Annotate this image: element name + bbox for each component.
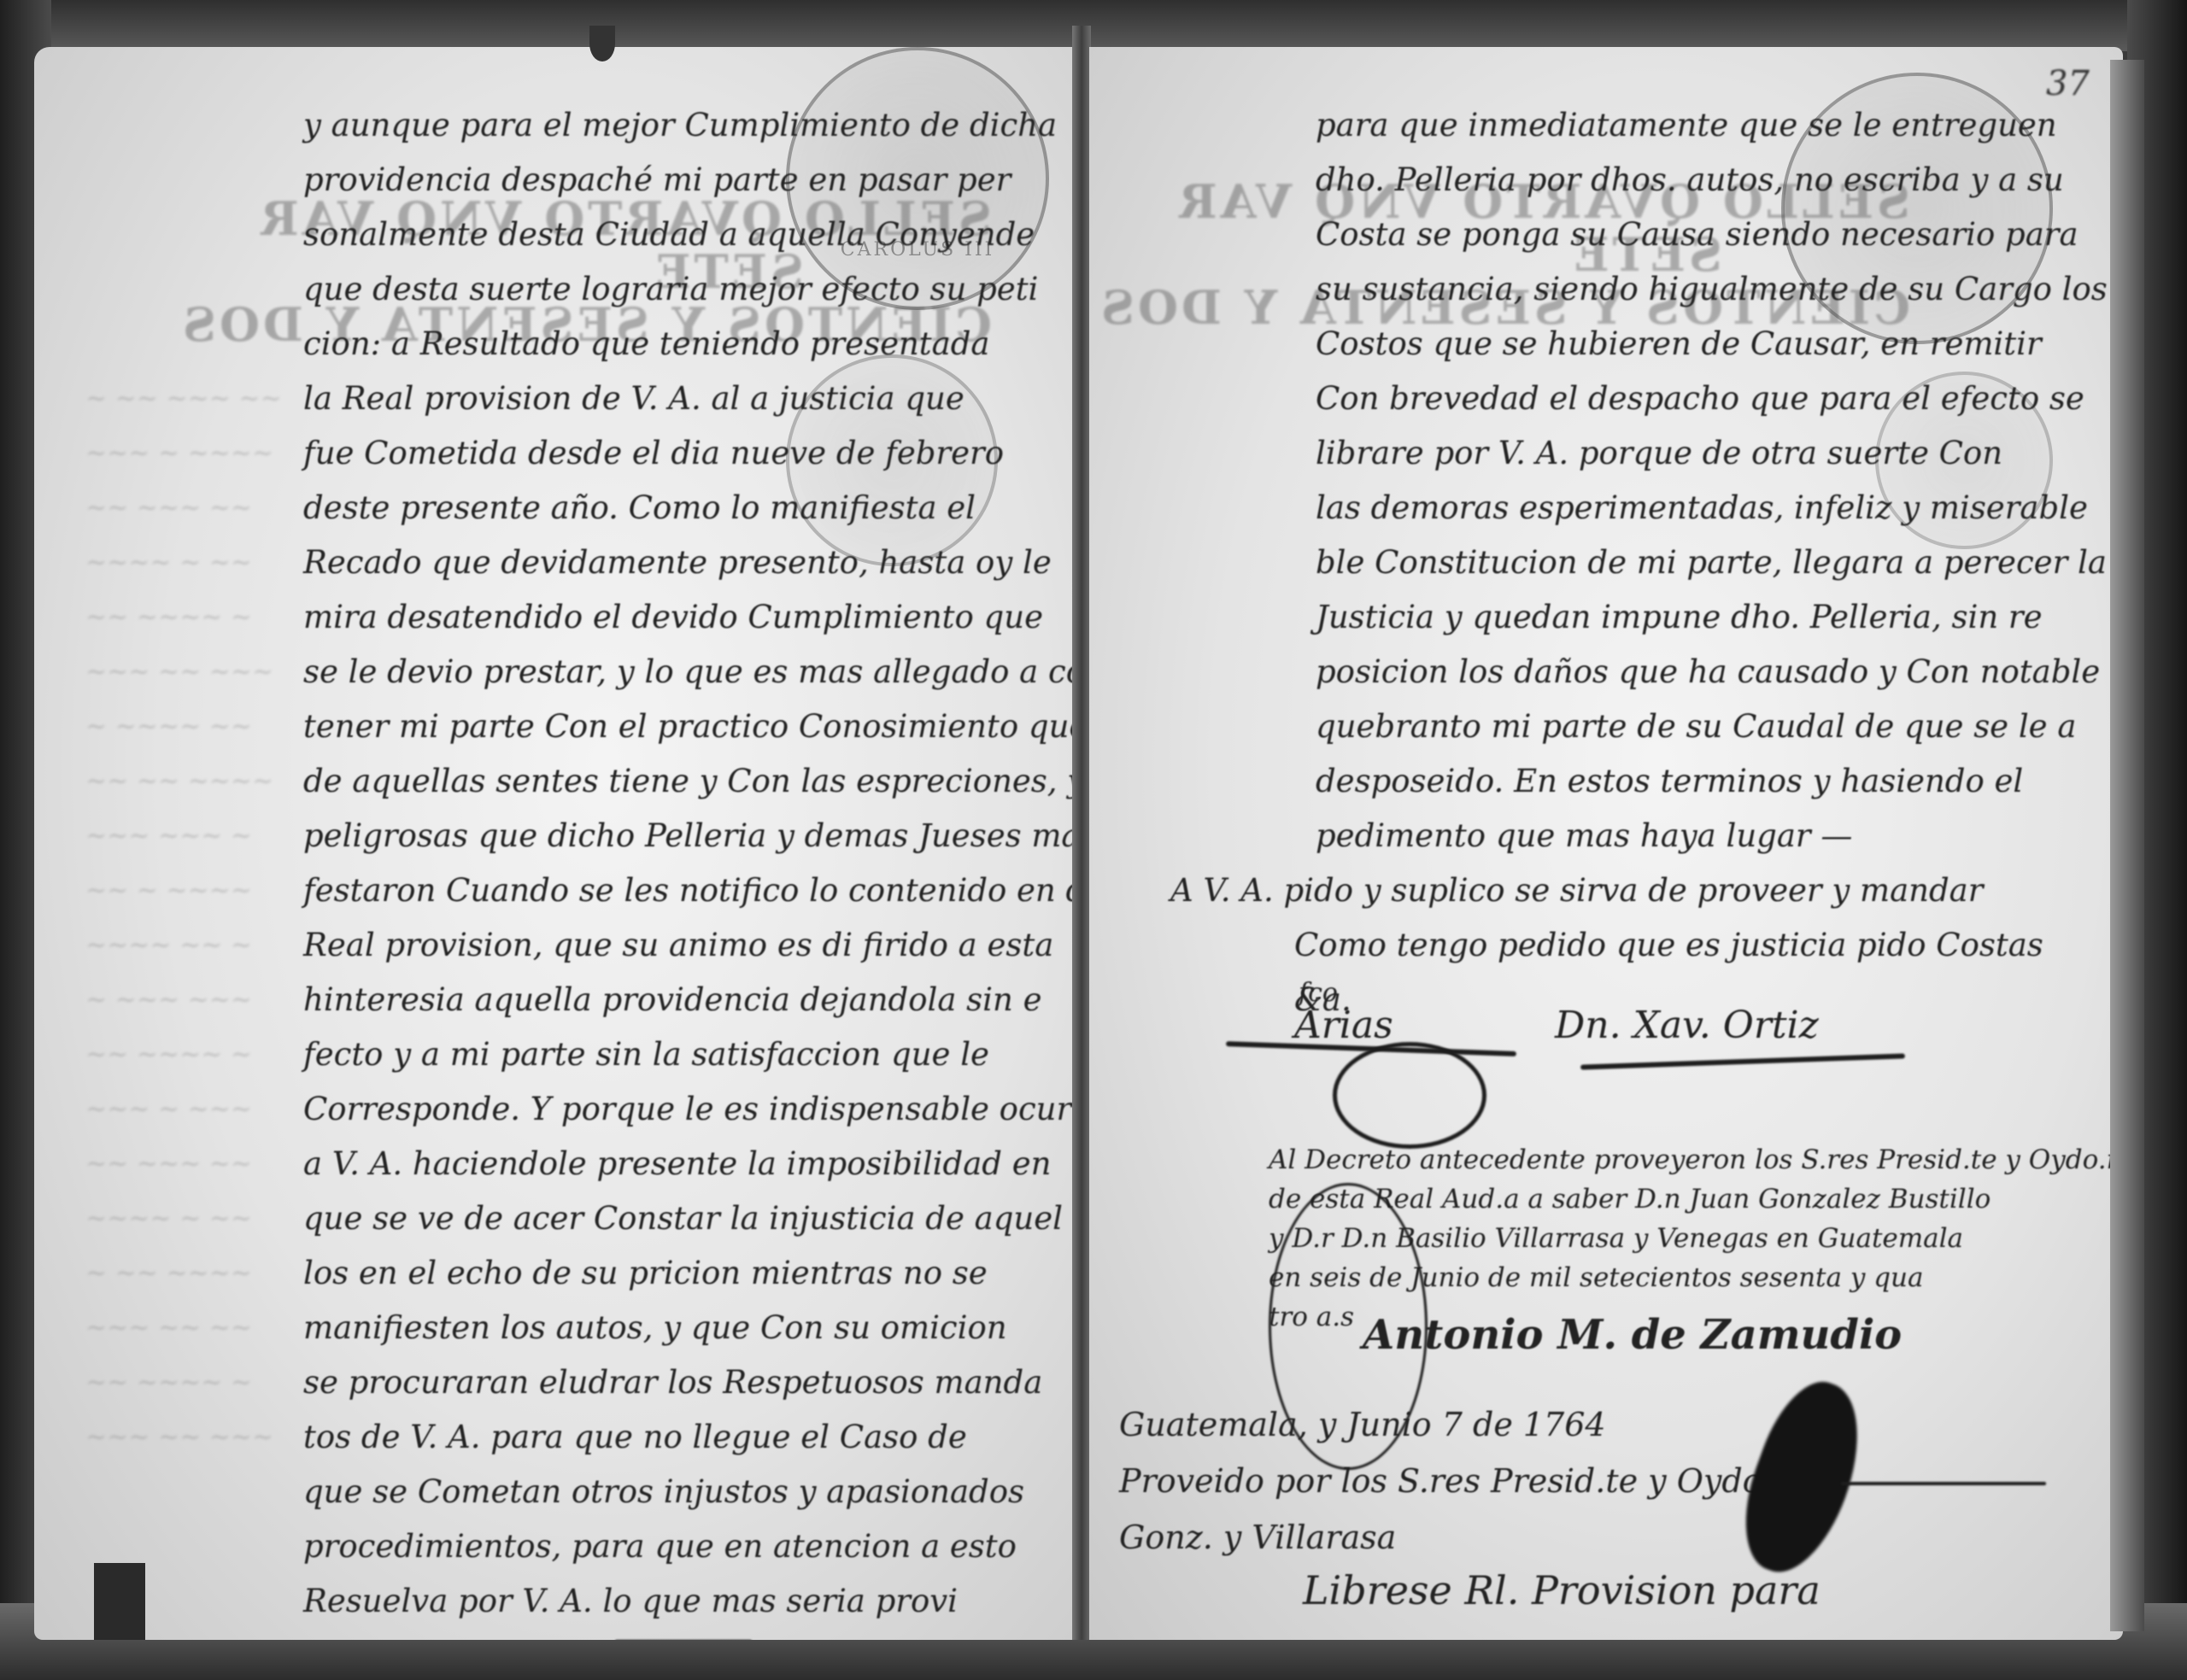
right-folio: SELLO QVARTO VNQ VAR SETE CIENTOS Y SESE… xyxy=(1089,47,2123,1640)
book-spine-gutter xyxy=(1072,26,1091,1640)
signature-rubric xyxy=(1333,1042,1486,1149)
footer-provision-line: Librese Rl. Provision para xyxy=(1303,1567,1821,1613)
left-page-text: y aunque para el mejor Cumplimiento de d… xyxy=(303,98,1072,1640)
petition-closing: A V. A. pido y suplico se sirva de prove… xyxy=(1170,863,1983,918)
page-stack-edge xyxy=(2110,60,2144,1631)
footer-date-text: Guatemala, y Junio 7 de 1764 Proveido po… xyxy=(1119,1396,1814,1566)
signature-flourish-line xyxy=(1580,1053,1905,1069)
notary-signature: Antonio M. de Zamudio xyxy=(1363,1311,1902,1359)
binding-pin xyxy=(589,26,615,61)
rubric-tail-line xyxy=(1841,1482,2046,1485)
scan-clip xyxy=(94,1563,145,1640)
left-folio: ~ ~~ ~~~ ~~~~~ ~ ~~~~~~ ~~~ ~~~~~~ ~ ~~~… xyxy=(34,47,1072,1640)
scan-frame-top xyxy=(0,0,2187,51)
bleed-through-text: ~ ~~ ~~~ ~~~~~ ~ ~~~~~~ ~~~ ~~~~~~ ~ ~~~… xyxy=(85,372,299,1465)
signature-arias: Arias xyxy=(1294,1004,1393,1047)
right-page-text: para que inmediatamente que se le entreg… xyxy=(1316,98,2108,863)
signature-ortiz: Dn. Xav. Ortiz xyxy=(1555,1004,1819,1047)
